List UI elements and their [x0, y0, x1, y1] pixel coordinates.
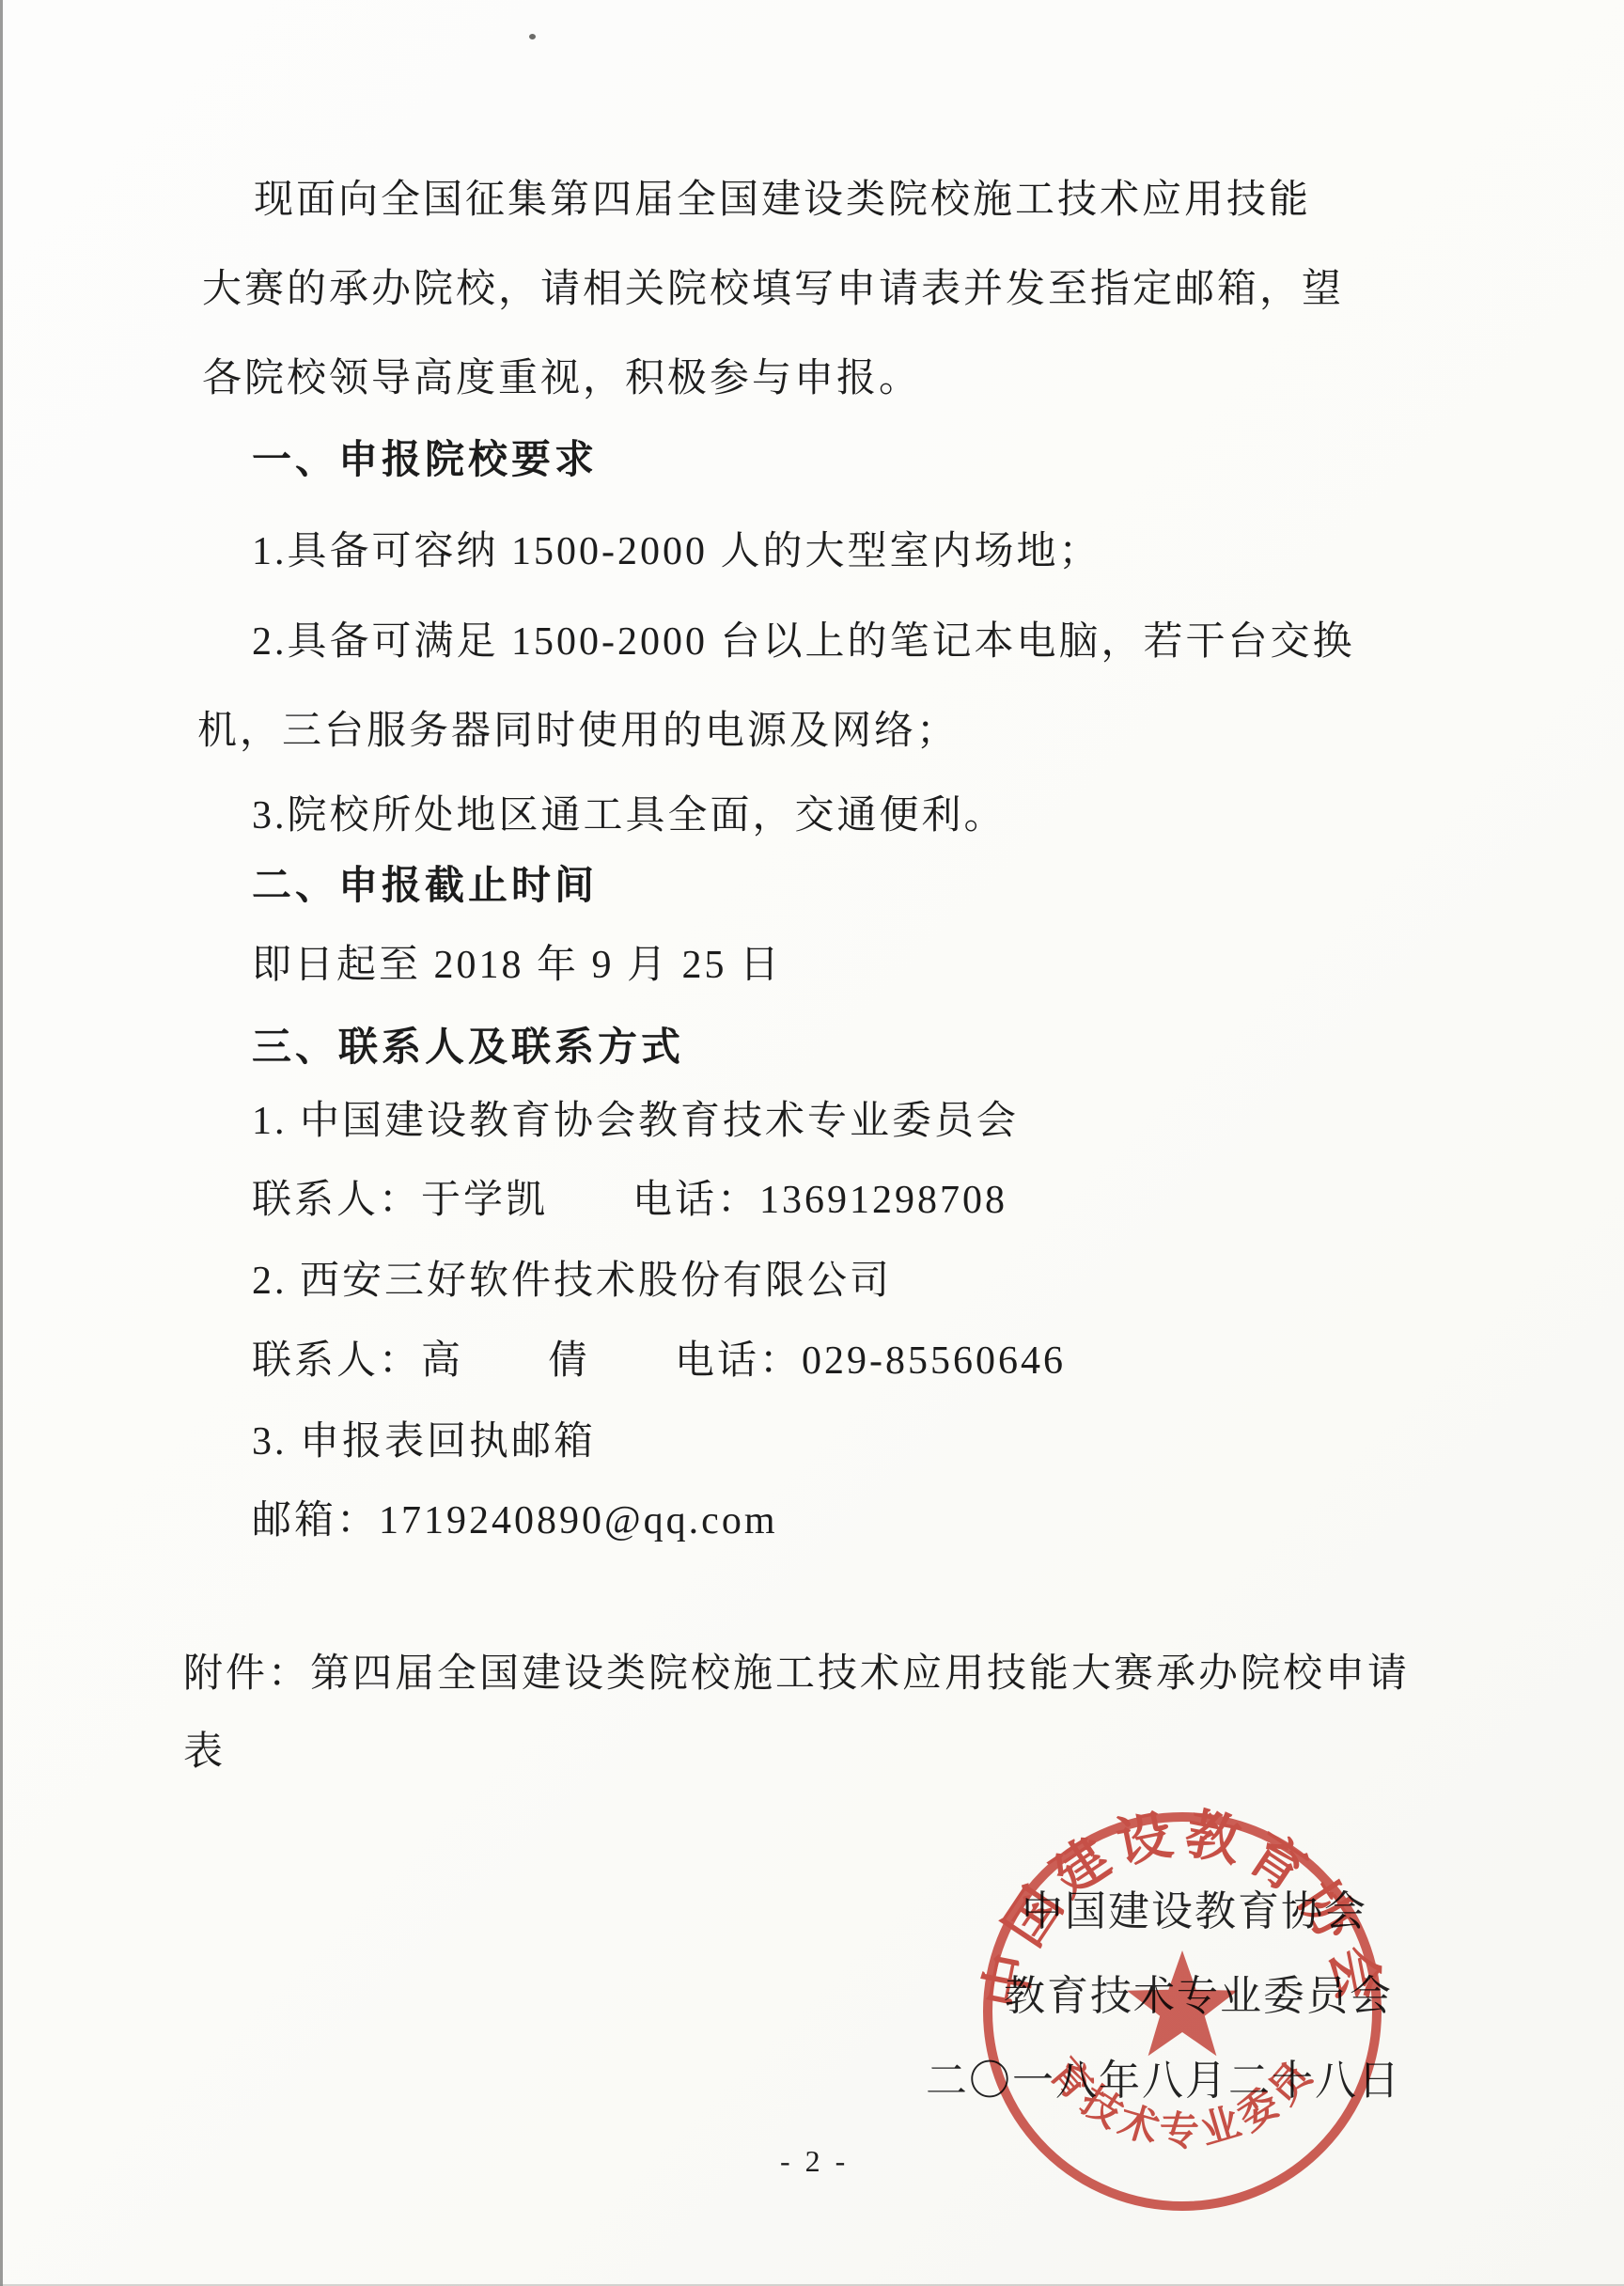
- section1-heading: 一、申报院校要求: [252, 440, 598, 479]
- contact-person-1: 联系人：于学凯 电话：13691298708: [252, 1181, 1007, 1220]
- scan-edge-artifact: [0, 0, 3, 2286]
- seal-star-icon: [1127, 1950, 1238, 2056]
- contact-org-1: 1. 中国建设教育协会教育技术专业委员会: [252, 1102, 1019, 1141]
- attachment-line-1: 附件：第四届全国建设类院校施工技术应用技能大赛承办院校申请: [183, 1654, 1410, 1694]
- intro-line-2: 大赛的承办院校，请相关院校填写申请表并发至指定邮箱，望: [202, 270, 1344, 309]
- mailbox-label: 3. 申报表回执邮箱: [252, 1422, 596, 1462]
- intro-line-1: 现面向全国征集第四届全国建设类院校施工技术应用技能: [254, 180, 1311, 220]
- contact-person-2: 联系人：高 倩 电话：029-85560646: [252, 1341, 1066, 1381]
- mailbox-address: 邮箱：1719240890@qq.com: [252, 1501, 778, 1541]
- section1-item2-line1: 2.具备可满足 1500-2000 台以上的笔记本电脑，若干台交换: [252, 622, 1355, 662]
- section3-heading: 三、联系人及联系方式: [252, 1027, 684, 1067]
- section1-item2-line2: 机，三台服务器同时使用的电源及网络；: [197, 712, 959, 751]
- page-number: - 2 -: [780, 2146, 849, 2176]
- contact-org-2: 2. 西安三好软件技术股份有限公司: [252, 1261, 892, 1301]
- section1-item1: 1.具备可容纳 1500-2000 人的大型室内场地；: [252, 532, 1101, 571]
- scanned-document-page: 现面向全国征集第四届全国建设类院校施工技术应用技能 大赛的承办院校，请相关院校填…: [0, 0, 1624, 2286]
- section1-item3: 3.院校所处地区通工具全面，交通便利。: [252, 796, 1007, 836]
- intro-line-3: 各院校领导高度重视，积极参与申报。: [202, 359, 921, 399]
- section2-heading: 二、申报截止时间: [252, 866, 598, 905]
- official-seal-stamp: 中国建设教育协会 教育技术专业委员会: [971, 1800, 1394, 2223]
- scan-speck: [529, 34, 536, 39]
- attachment-line-2: 表: [183, 1732, 226, 1772]
- deadline-line: 即日起至 2018 年 9 月 25 日: [252, 946, 782, 985]
